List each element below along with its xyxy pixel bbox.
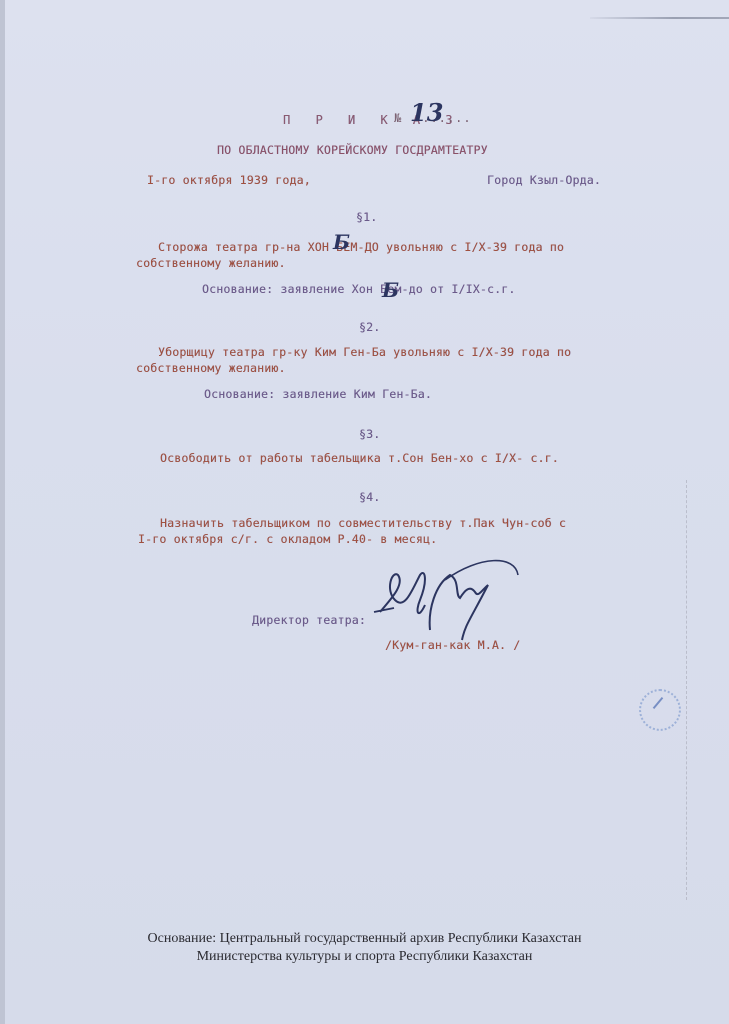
archive-stamp — [639, 689, 681, 731]
signature-name: /Кум-ган-как М.А. / — [385, 638, 520, 652]
archive-source-line-2: Министерства культуры и спорта Республик… — [0, 949, 729, 965]
archive-source-line-1: Основание: Центральный государственный а… — [0, 931, 729, 947]
